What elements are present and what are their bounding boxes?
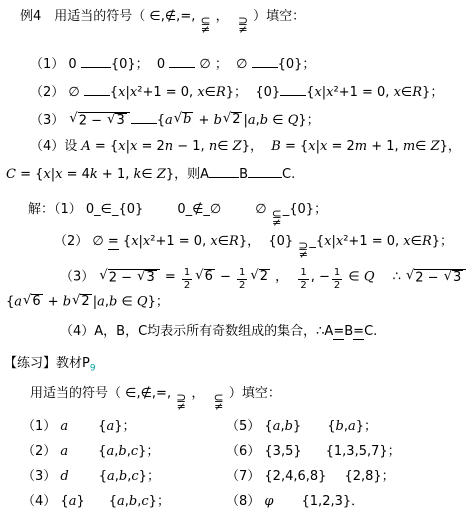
text-run: − xyxy=(216,270,235,285)
text-run: , − xyxy=(311,270,330,285)
blank-underline xyxy=(84,82,110,96)
problem-line-4: （4）设 A = {x|x = 2n − 1, n∈ Z}， B = {x|x … xyxy=(30,139,472,156)
radicand: 3 xyxy=(115,113,126,129)
fraction: 12 xyxy=(237,267,247,291)
radicand: b xyxy=(182,112,193,128)
math-variable: b xyxy=(335,419,343,434)
text-run: ∈ xyxy=(268,113,288,128)
sqrt-expression: √2 − √3 xyxy=(406,269,466,286)
radicand: 3 xyxy=(452,270,463,286)
radical-sign-icon: √ xyxy=(99,269,107,284)
text-run: （2） ∅ xyxy=(30,85,84,100)
text-run: } xyxy=(76,494,84,509)
text-run: C. xyxy=(282,167,295,182)
denominator: 2 xyxy=(332,280,342,292)
text-run: 6 xyxy=(205,269,213,284)
text-run: 6 xyxy=(32,294,40,309)
text-run: }， {0} xyxy=(239,234,297,249)
radical-sign-icon: √ xyxy=(69,112,77,127)
text-run: }； xyxy=(432,234,453,249)
text-run: ∈ xyxy=(205,85,216,100)
text-run: }， xyxy=(440,139,461,154)
radical-sign-icon: √ xyxy=(195,269,203,284)
radicand: 2 xyxy=(80,294,91,310)
sqrt-expression: √3 xyxy=(137,270,157,286)
text-run: ∅ xyxy=(255,202,270,217)
text-run: }； xyxy=(114,419,135,434)
fraction: 12 xyxy=(332,267,342,291)
text-run: （7） {2,4,6,8} xyxy=(226,469,326,484)
text-run: 2 − xyxy=(415,270,442,285)
text-run: 【练习】教材P xyxy=(4,356,90,371)
math-variable: a xyxy=(60,444,68,459)
math-variable: b xyxy=(118,444,126,459)
math-variable: a xyxy=(117,494,125,509)
fraction: 12 xyxy=(182,267,192,291)
sqrt-expression: √2 xyxy=(250,269,270,285)
practice-item: （5） {a,b}{b,a}； xyxy=(226,419,377,436)
math-variable: m xyxy=(403,139,415,154)
text-run: 3 xyxy=(146,270,154,285)
filled-equals-symbol: = xyxy=(108,234,119,250)
blank-underline xyxy=(81,54,111,68)
radical-sign-icon: √ xyxy=(107,113,115,128)
math-variable: x xyxy=(131,234,138,249)
text-run: 2 xyxy=(232,112,240,127)
math-variable: b xyxy=(260,113,268,128)
radical-sign-icon: √ xyxy=(444,270,452,285)
text-run: ²+1 = 0, xyxy=(343,234,403,249)
math-variable: Z xyxy=(431,139,440,154)
blank-underline xyxy=(280,82,306,96)
problem-line-4b: C = {x|x = 4k + 1, k∈ Z}，则ABC. xyxy=(6,164,472,184)
math-variable: Z xyxy=(157,167,166,182)
math-variable: a xyxy=(97,295,105,310)
text-run: { xyxy=(99,469,107,484)
math-variable: c xyxy=(131,469,138,484)
sqrt-expression: √6 xyxy=(195,269,215,285)
math-variable: b xyxy=(129,494,137,509)
text-run: ∈ xyxy=(344,270,364,285)
math-variable: b xyxy=(119,469,127,484)
proper-subset-symbol: ⊇≠ xyxy=(238,15,248,35)
text-run: （2） ∅ xyxy=(54,234,108,249)
text-run: _{0}； xyxy=(283,202,327,217)
radicand: 2 xyxy=(231,112,242,128)
math-variable: a xyxy=(14,295,22,310)
denominator: 2 xyxy=(237,280,247,292)
sqrt-expression: √b xyxy=(174,112,194,128)
sqrt-expression: √6 xyxy=(23,294,43,310)
text-run: }； xyxy=(422,85,443,100)
practice-item: （6） {3,5}{1,3,5,7}； xyxy=(226,444,401,461)
text-run: （1） 0 xyxy=(30,57,81,72)
math-variable: Q xyxy=(137,295,148,310)
text-run: {2,8}； xyxy=(344,469,394,484)
math-variable: a xyxy=(60,419,68,434)
fraction: 12 xyxy=(298,267,308,291)
sqrt-expression: √3 xyxy=(444,270,464,286)
text-run: ∈ xyxy=(141,167,156,182)
radicand: 6 xyxy=(31,294,42,310)
text-run: 2 xyxy=(81,294,89,309)
text-run: （3） xyxy=(60,270,98,285)
text-run: C. xyxy=(364,324,377,339)
text-run: = { xyxy=(281,139,308,154)
math-variable: Z xyxy=(233,139,242,154)
practice-item: （3） d{a,b,c}； xyxy=(22,469,226,486)
text-run: 2 − xyxy=(109,270,136,285)
practice-instruction-line: 用适当的符号（ ∈,∉,=, ⊇≠ ， ⊆≠ ）填空： xyxy=(30,386,472,412)
text-run: 例4 用适当的符号（ ∈,∉,=, xyxy=(20,9,199,24)
text-run: ²+1 = 0, xyxy=(334,85,394,100)
blank-underline xyxy=(169,54,195,68)
math-variable: b xyxy=(63,295,71,310)
math-variable: a xyxy=(248,113,256,128)
sqrt-expression: √2 − √3 xyxy=(99,269,159,286)
practice-exercise-grid: （1） a{a}；（5） {a,b}{b,a}；（2） a{a,b,c}；（6）… xyxy=(0,419,472,511)
text-run: = 2 xyxy=(137,139,164,154)
text-run: {1,3,5,7}； xyxy=(326,444,401,459)
math-variable: C xyxy=(6,167,16,182)
math-variable: x xyxy=(197,85,204,100)
problem-line-1: （1） 0 {0}； 0 ∅ ； ∅ {0}； xyxy=(30,54,472,74)
filled-equals-symbol: = xyxy=(333,324,344,340)
text-run: 3 xyxy=(116,113,124,128)
stack-bottom: ≠ xyxy=(177,401,186,412)
text-run: }； xyxy=(139,469,160,484)
text-run: + 1, xyxy=(367,139,403,154)
text-run: ∴ xyxy=(393,270,405,285)
text-run: + 1, xyxy=(98,167,134,182)
stack-bottom: ≠ xyxy=(201,24,210,35)
problem-line-3: （3） √2 − √3{a√b + b√2|a,b ∈ Q}； xyxy=(30,110,472,130)
practice-item: （7） {2,4,6,8}{2,8}； xyxy=(226,469,395,486)
stack-bottom: ≠ xyxy=(214,401,223,412)
math-variable: d xyxy=(60,469,68,484)
text-run: = { xyxy=(91,139,118,154)
math-variable: n xyxy=(209,139,217,154)
text-run: 3 xyxy=(453,270,461,285)
text-run: { xyxy=(157,113,165,128)
proper-subset-symbol: ⊆≠ xyxy=(214,392,224,412)
math-variable: b xyxy=(183,112,191,127)
text-run: （3） xyxy=(30,113,68,128)
radical-sign-icon: √ xyxy=(406,269,414,284)
text-run: 解：（1） 0_∈_{0} xyxy=(28,202,143,217)
text-run: （5） { xyxy=(226,419,273,434)
text-run: ， xyxy=(212,9,237,24)
math-variable: x xyxy=(403,234,410,249)
solution-line-1: 解：（1） 0_∈_{0}0_∉_∅∅ ⊆≠_{0}； xyxy=(28,202,472,228)
radical-sign-icon: √ xyxy=(137,270,145,285)
text-run: ²+1 = 0, xyxy=(150,234,210,249)
stack-bottom: ≠ xyxy=(299,249,308,260)
text-run: ， xyxy=(271,270,296,285)
math-variable: c xyxy=(141,494,148,509)
radical-sign-icon: √ xyxy=(72,294,80,309)
text-run: + xyxy=(194,113,213,128)
radical-sign-icon: √ xyxy=(174,112,182,127)
math-variable: Q xyxy=(288,113,299,128)
practice-item: （8） φ{1,2,3}． xyxy=(226,494,364,511)
math-variable: b xyxy=(285,419,293,434)
text-run: 用适当的符号（ ∈,∉,=, xyxy=(30,386,175,401)
math-variable: R xyxy=(412,85,422,100)
text-run: ∈ xyxy=(415,139,430,154)
math-variable: x xyxy=(210,234,217,249)
text-run: （6） {3,5} xyxy=(226,444,302,459)
math-variable: x xyxy=(118,85,125,100)
solution-line-2: （2） ∅ = {x|x²+1 = 0, x∈R}， {0} ⊇≠_{x|x²+… xyxy=(54,234,472,260)
practice-row: （4） {a}{a,b,c}；（8） φ{1,2,3}． xyxy=(22,494,472,511)
solution-line-4: （4）A，B，C均表示所有奇数组成的集合，∴A=B=C. xyxy=(60,324,472,341)
numerator: 1 xyxy=(182,267,192,280)
text-run: {1,2,3}． xyxy=(302,494,365,509)
solution-line-3b: {a√6 + b√2|a,b ∈ Q}； xyxy=(6,294,472,311)
denominator: 2 xyxy=(182,280,192,292)
filled-equals-symbol: = xyxy=(353,324,364,340)
text-run: }； xyxy=(298,113,319,128)
text-run: = 4 xyxy=(62,167,89,182)
text-run: {0}； 0 xyxy=(111,57,169,72)
text-run: （8） xyxy=(226,494,264,509)
math-variable: x xyxy=(118,139,125,154)
text-run: ∈ xyxy=(217,139,232,154)
text-run: ∈ xyxy=(401,85,412,100)
text-run: 2 − xyxy=(79,113,106,128)
text-run: ²+1 = 0, xyxy=(137,85,197,100)
text-run: _{ xyxy=(309,234,324,249)
math-variable: B xyxy=(271,139,281,154)
text-run: ）填空： xyxy=(225,386,281,401)
text-run: = 2 xyxy=(327,139,354,154)
practice-row: （3） d{a,b,c}；（7） {2,4,6,8}{2,8}； xyxy=(22,469,472,486)
math-variable: x xyxy=(314,85,321,100)
text-run: ）填空： xyxy=(249,9,305,24)
blank-underline xyxy=(248,164,282,178)
denominator: 2 xyxy=(298,280,308,292)
text-run: }； xyxy=(148,295,169,310)
proper-subset-symbol: ⊇≠ xyxy=(176,392,186,412)
practice-item: （1） a{a}； xyxy=(22,419,226,436)
proper-subset-symbol: ⊇≠ xyxy=(298,240,308,260)
page-number-subscript: 9 xyxy=(90,363,96,373)
math-variable: A xyxy=(81,139,90,154)
math-variable: x xyxy=(394,85,401,100)
text-run: 0_∉_∅ xyxy=(177,202,221,217)
practice-item: （2） a{a,b,c}； xyxy=(22,444,226,461)
proper-subset-symbol: ⊆≠ xyxy=(200,15,210,35)
text-run: }， xyxy=(242,139,272,154)
text-run: B xyxy=(344,324,353,339)
text-run: ∅ ； ∅ xyxy=(195,57,251,72)
worked-example-document: 例4 用适当的符号（ ∈,∉,=, ⊆≠ ， ⊇≠ ）填空：（1） 0 {0}；… xyxy=(0,9,472,412)
math-variable: k xyxy=(90,167,98,182)
text-run: （3） xyxy=(22,469,60,484)
text-run: 2 xyxy=(260,269,268,284)
practice-row: （1） a{a}；（5） {a,b}{b,a}； xyxy=(22,419,472,436)
blank-underline xyxy=(209,164,239,178)
radicand: 2 xyxy=(259,269,270,285)
sqrt-expression: √2 xyxy=(72,294,92,310)
math-variable: n xyxy=(165,139,173,154)
text-run: ∈ xyxy=(411,234,422,249)
stack-bottom: ≠ xyxy=(272,217,281,228)
text-run: }； xyxy=(138,444,159,459)
text-run: ∈ xyxy=(467,270,472,285)
radicand: 2 − √3 xyxy=(78,112,130,129)
text-run: = xyxy=(161,270,180,285)
text-run: − 1, xyxy=(173,139,209,154)
sqrt-expression: √2 − √3 xyxy=(69,112,129,129)
math-variable: R xyxy=(422,234,432,249)
text-run: （4） { xyxy=(22,494,69,509)
text-run: }，则A xyxy=(166,167,209,182)
numerator: 1 xyxy=(298,267,308,280)
numerator: 1 xyxy=(332,267,342,280)
text-run: + xyxy=(44,295,63,310)
math-variable: x xyxy=(43,167,50,182)
text-run: } xyxy=(293,419,301,434)
text-run: B xyxy=(239,167,248,182)
practice-item: （4） {a}{a,b,c}； xyxy=(22,494,226,511)
text-run: ， xyxy=(187,386,212,401)
math-variable: b xyxy=(214,113,222,128)
math-variable: a xyxy=(348,419,356,434)
radical-sign-icon: √ xyxy=(23,294,31,309)
text-run: （4）设 xyxy=(30,139,81,154)
sqrt-expression: √2 xyxy=(223,112,243,128)
math-variable: x xyxy=(308,139,315,154)
math-variable: x xyxy=(326,85,333,100)
problem-line-2: （2） ∅ {x|x²+1 = 0, x∈R}； {0}{x|x²+1 = 0,… xyxy=(30,82,472,102)
text-run: }； xyxy=(149,494,170,509)
text-run: }； xyxy=(356,419,377,434)
text-run: ∈ xyxy=(218,234,229,249)
text-run: ∈ xyxy=(117,295,137,310)
text-run: { xyxy=(109,494,117,509)
math-variable: R xyxy=(216,85,226,100)
math-variable: a xyxy=(165,113,173,128)
math-variable: a xyxy=(107,469,115,484)
solution-line-3: （3） √2 − √3 = 12√6 − 12√2 ， 12, −12 ∈ Q∴… xyxy=(60,267,472,291)
text-run: （1） xyxy=(22,419,60,434)
text-run: { xyxy=(119,234,131,249)
math-variable: Q xyxy=(364,270,375,285)
numerator: 1 xyxy=(237,267,247,280)
document-page: { "page": { "background": "#ffffff", "te… xyxy=(0,0,472,532)
radicand: 2 − √3 xyxy=(414,269,466,286)
stack-bottom: ≠ xyxy=(238,24,247,35)
text-run: {0}； xyxy=(278,57,316,72)
radicand: 2 − √3 xyxy=(108,269,160,286)
radical-sign-icon: √ xyxy=(223,112,231,127)
radicand: 3 xyxy=(145,270,156,286)
math-variable: m xyxy=(355,139,367,154)
math-variable: φ xyxy=(264,494,273,509)
blank-underline xyxy=(131,110,157,124)
proper-subset-symbol: ⊆≠ xyxy=(272,208,282,228)
text-run: （2） xyxy=(22,444,60,459)
text-run: = { xyxy=(16,167,43,182)
example-title-line: 例4 用适当的符号（ ∈,∉,=, ⊆≠ ， ⊇≠ ）填空： xyxy=(20,9,472,35)
text-run: （4）A，B，C均表示所有奇数组成的集合，∴A xyxy=(60,324,333,339)
blank-underline xyxy=(252,54,278,68)
radicand: 6 xyxy=(204,269,215,285)
math-variable: R xyxy=(229,234,239,249)
practice-label-line: 【练习】教材P9 xyxy=(4,356,472,375)
text-run: { xyxy=(110,85,118,100)
practice-row: （2） a{a,b,c}；（6） {3,5}{1,3,5,7}； xyxy=(22,444,472,461)
sqrt-expression: √3 xyxy=(107,113,127,129)
text-run: }； {0} xyxy=(226,85,280,100)
radical-sign-icon: √ xyxy=(250,269,258,284)
